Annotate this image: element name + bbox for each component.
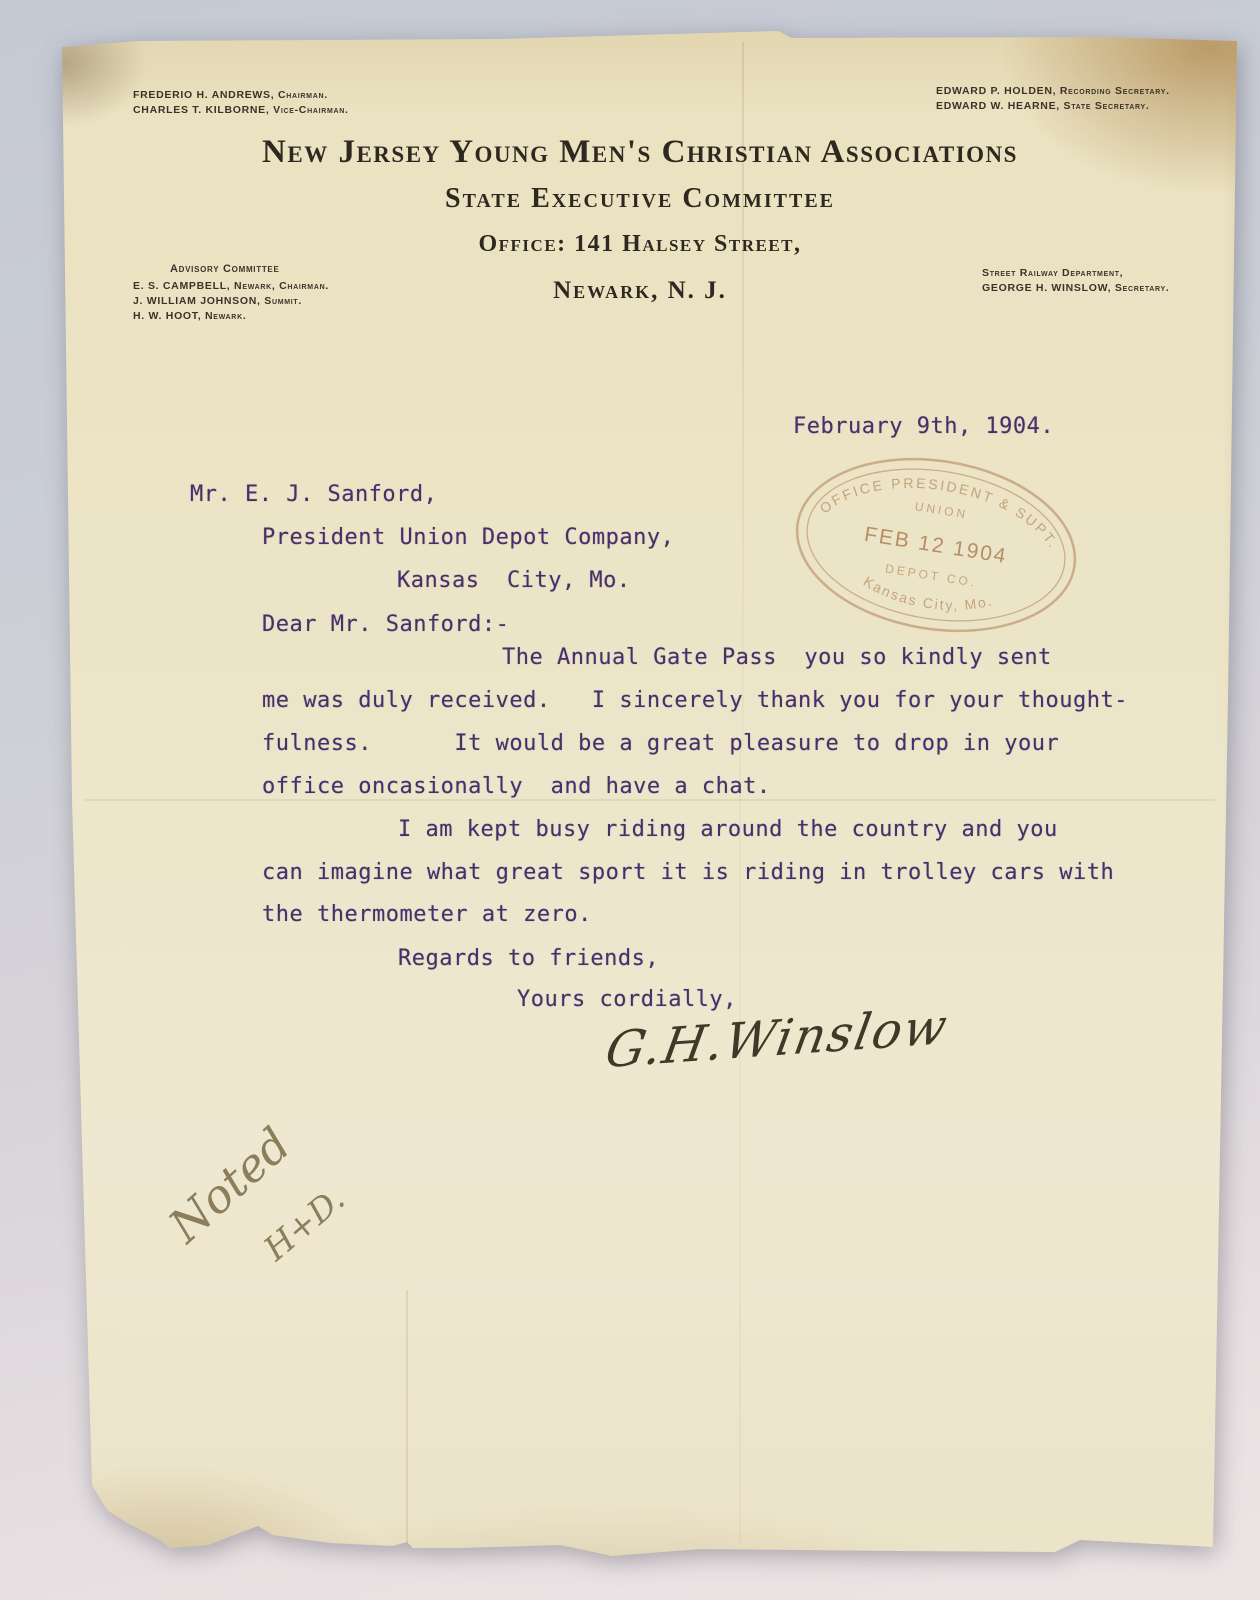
salutation: Dear Mr. Sanford:- — [262, 612, 509, 637]
department-line: Street Railway Department, — [982, 266, 1170, 281]
fold-crease-horizontal — [85, 799, 1215, 801]
stamp-date-text: FEB 12 1904 — [863, 523, 1009, 568]
body-line: the thermometer at zero. — [262, 902, 592, 927]
stamp-union-text: UNION — [914, 499, 969, 521]
recipient-city: Kansas City, Mo. — [397, 568, 631, 593]
officers-left-block: FREDERIO H. ANDREWS, Chairman. CHARLES T… — [133, 88, 349, 118]
recipient-name: Mr. E. J. Sanford, — [190, 482, 437, 507]
letter-paper-wrapper: FREDERIO H. ANDREWS, Chairman. CHARLES T… — [0, 0, 1260, 1600]
officer-line: EDWARD W. HEARNE, State Secretary. — [936, 99, 1170, 114]
closing-line: Yours cordially, — [517, 987, 737, 1012]
body-line: The Annual Gate Pass you so kindly sent — [502, 645, 1052, 670]
body-line: me was duly received. I sincerely thank … — [262, 688, 1128, 713]
body-line: can imagine what great sport it is ridin… — [262, 860, 1114, 885]
department-line: GEORGE H. WINSLOW, Secretary. — [982, 281, 1170, 296]
letterhead-subtitle: State Executive Committee — [30, 183, 1250, 215]
recipient-title: President Union Depot Company, — [262, 525, 674, 550]
pencil-note-initials: H+D. — [256, 1179, 352, 1268]
advisory-member: E. S. CAMPBELL, Newark, Chairman. — [133, 279, 329, 294]
received-stamp: OFFICE PRESIDENT & SUPT. UNION FEB 12 19… — [773, 428, 1099, 663]
stamp-depot-text: DEPOT CO. — [884, 561, 978, 589]
photo-background: { "letterhead": { "officers_left": [ "FR… — [0, 0, 1260, 1600]
officer-line: CHARLES T. KILBORNE, Vice-Chairman. — [133, 103, 349, 118]
letterhead-title: New Jersey Young Men's Christian Associa… — [30, 134, 1250, 171]
officer-line: EDWARD P. HOLDEN, Recording Secretary. — [936, 84, 1170, 99]
advisory-committee-heading: Advisory Committee — [170, 262, 279, 277]
letterhead-office-address: Office: 141 Halsey Street, — [30, 231, 1250, 258]
fold-crease-vertical-bottom — [406, 1290, 408, 1556]
department-block: Street Railway Department, GEORGE H. WIN… — [982, 266, 1170, 296]
regards-line: Regards to friends, — [398, 946, 659, 971]
advisory-committee-members: E. S. CAMPBELL, Newark, Chairman. J. WIL… — [133, 279, 329, 324]
advisory-member: H. W. HOOT, Newark. — [133, 309, 329, 324]
advisory-member: J. WILLIAM JOHNSON, Summit. — [133, 294, 329, 309]
officers-right-block: EDWARD P. HOLDEN, Recording Secretary. E… — [936, 84, 1170, 114]
body-line: I am kept busy riding around the country… — [398, 817, 1058, 842]
body-line: fulness. It would be a great pleasure to… — [262, 731, 1059, 756]
officer-line: FREDERIO H. ANDREWS, Chairman. — [133, 88, 349, 103]
letter-paper: FREDERIO H. ANDREWS, Chairman. CHARLES T… — [0, 0, 1260, 1600]
body-line: office oncasionally and have a chat. — [262, 774, 771, 799]
